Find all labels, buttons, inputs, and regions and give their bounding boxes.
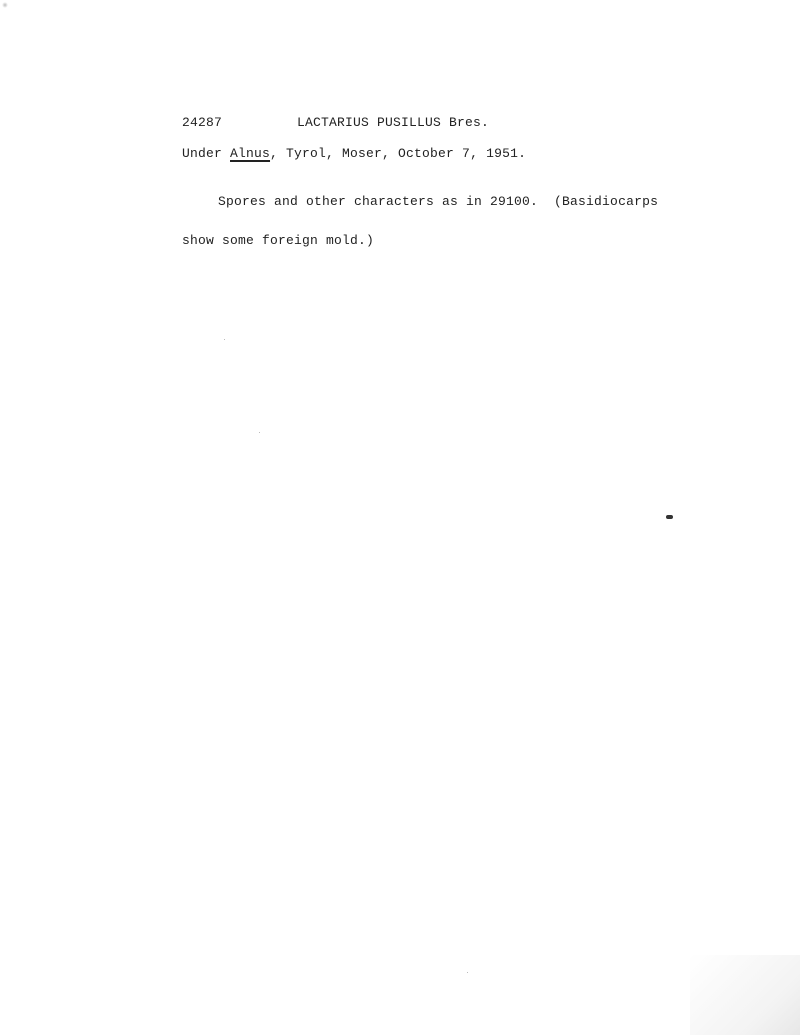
- collection-details: , Tyrol, Moser, October 7, 1951.: [270, 146, 526, 161]
- scan-speck: [259, 432, 260, 433]
- collection-info: Under Alnus, Tyrol, Moser, October 7, 19…: [182, 146, 526, 162]
- notes-line-1: Spores and other characters as in 29100.…: [218, 194, 658, 210]
- scan-artifact: [2, 2, 8, 8]
- scan-speck: [224, 339, 225, 340]
- collection-prefix: Under: [182, 146, 230, 161]
- host-genus: Alnus: [230, 146, 270, 161]
- document-page: 24287 LACTARIUS PUSILLUS Bres. Under Aln…: [0, 0, 800, 1035]
- taxon-heading: LACTARIUS PUSILLUS Bres.: [297, 115, 489, 131]
- ink-smudge: [666, 515, 673, 519]
- scan-speck: [467, 972, 468, 973]
- page-corner-shading: [690, 955, 800, 1035]
- notes-line-2: show some foreign mold.): [182, 233, 374, 249]
- taxon-authority: Bres.: [449, 115, 489, 130]
- accession-number: 24287: [182, 115, 222, 131]
- taxon-name: LACTARIUS PUSILLUS: [297, 115, 441, 130]
